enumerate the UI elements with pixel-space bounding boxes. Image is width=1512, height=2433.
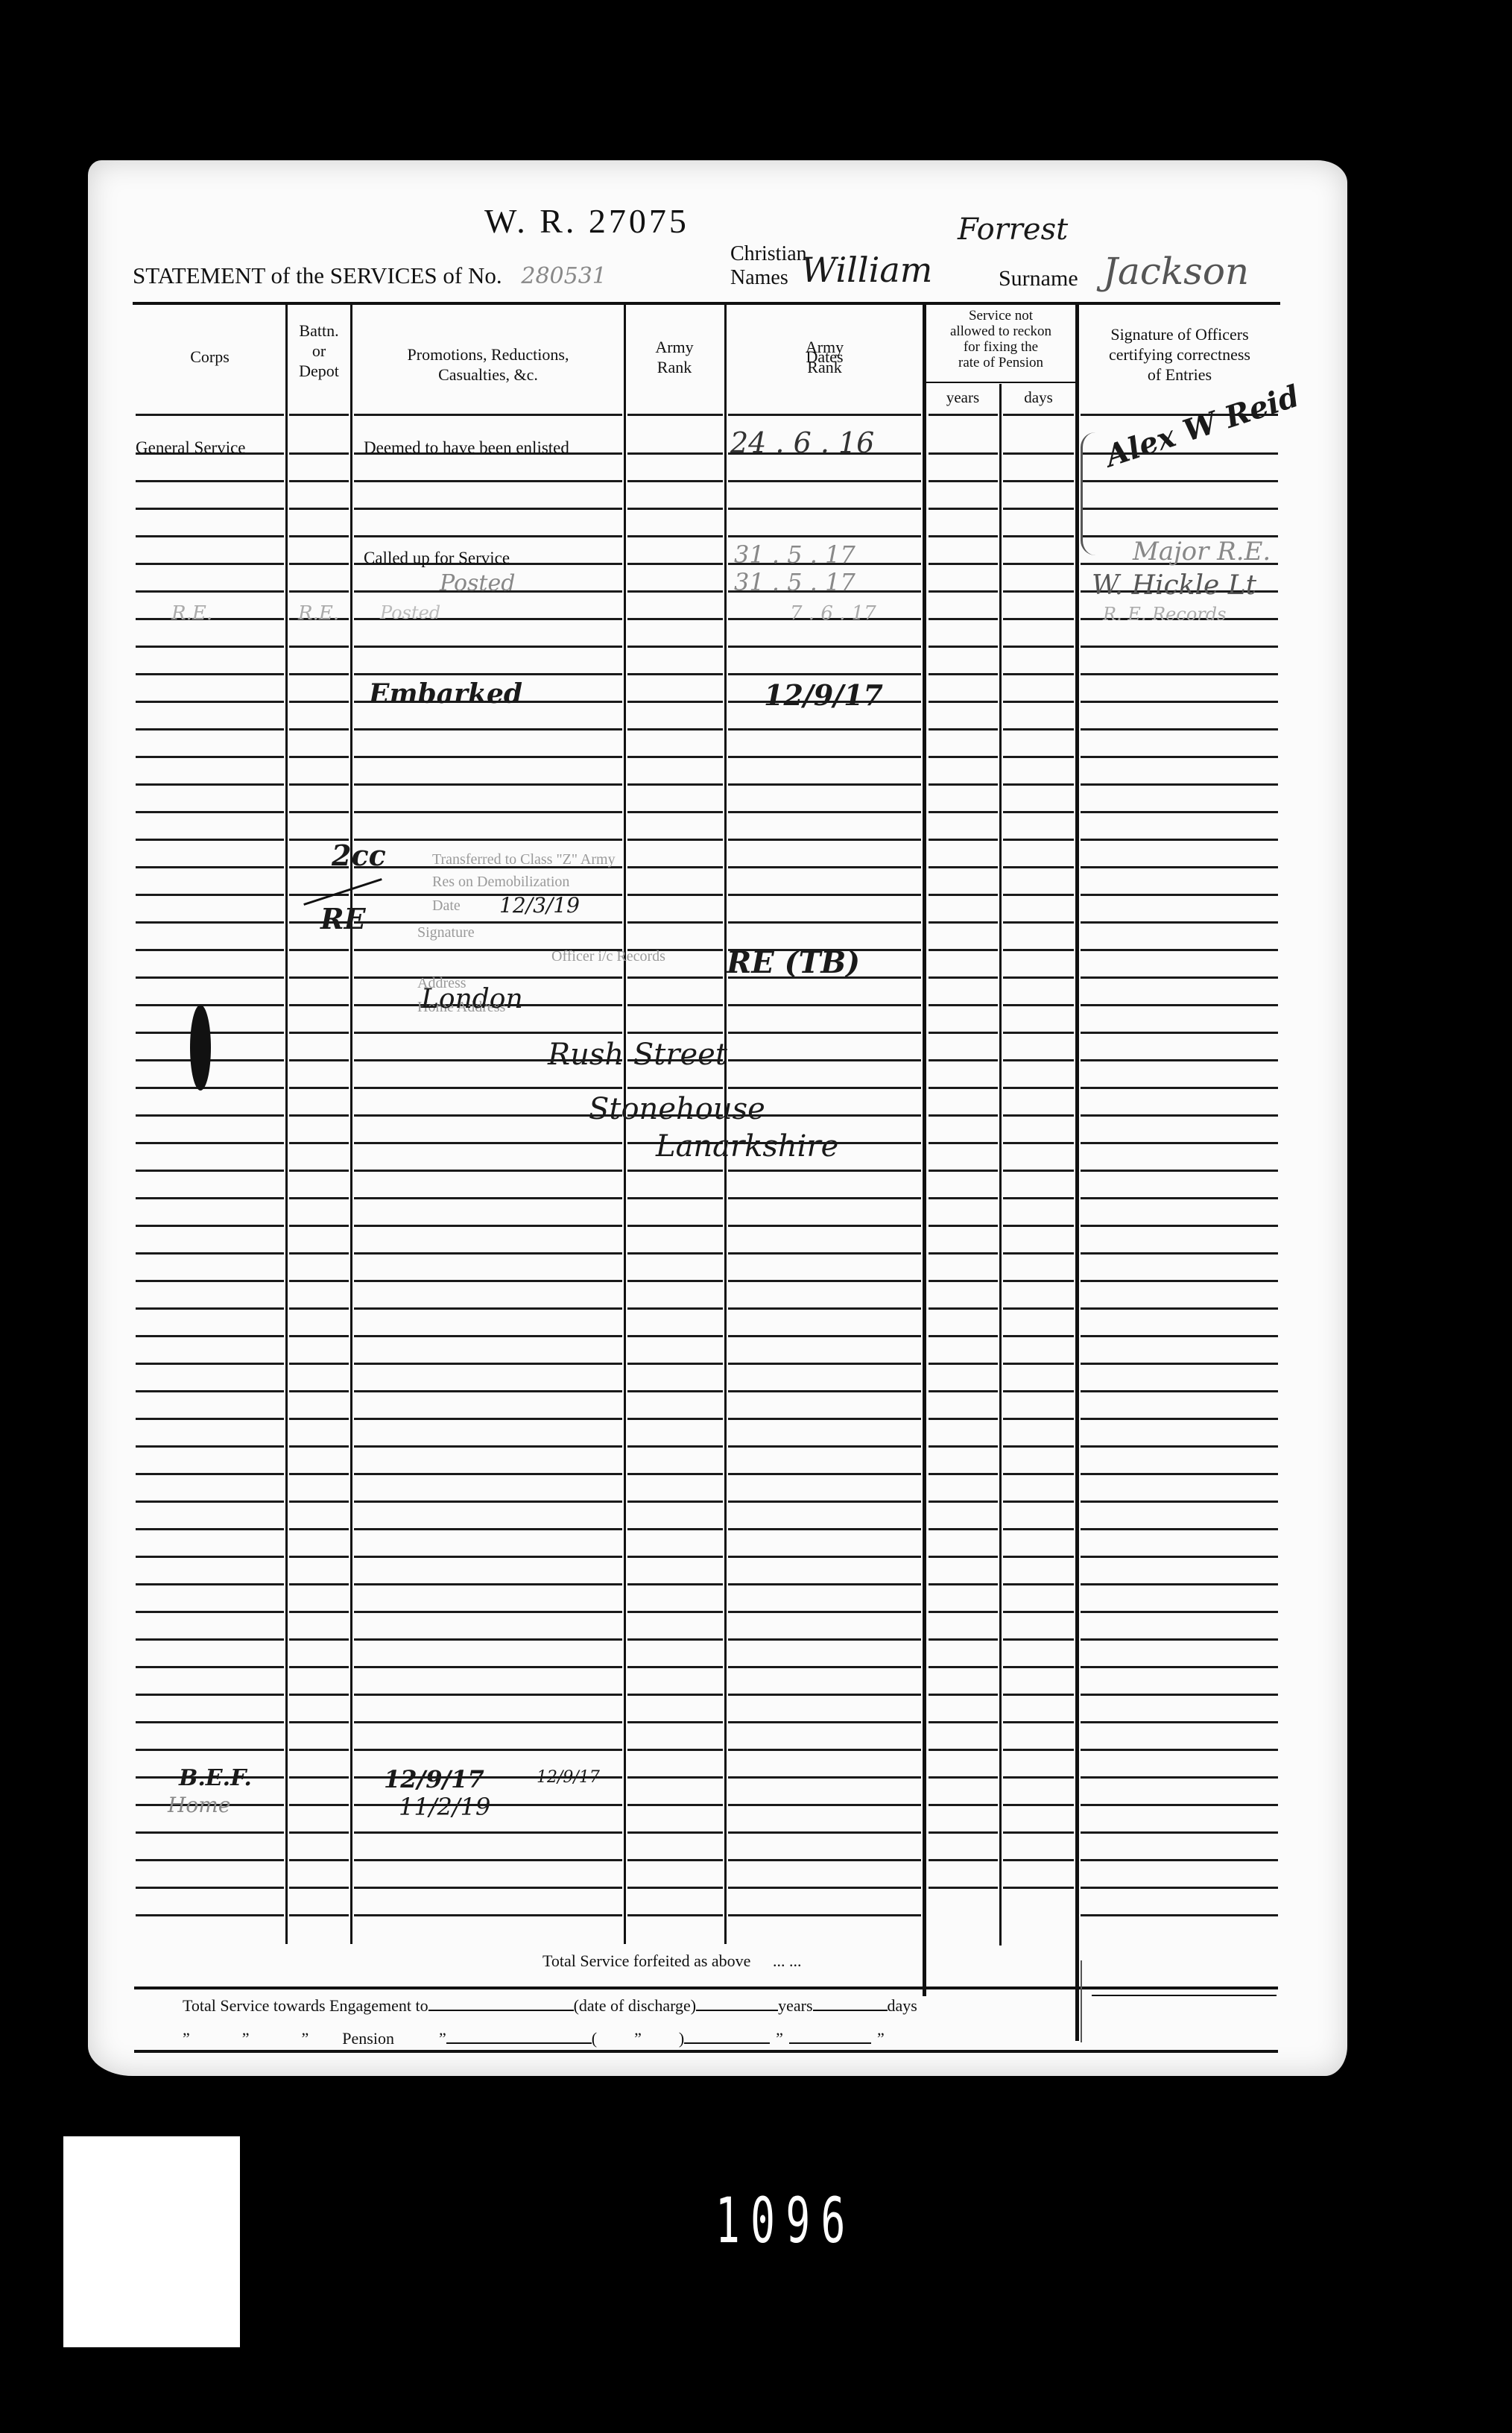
ruled-line bbox=[1081, 1694, 1278, 1696]
ruled-line bbox=[354, 1335, 622, 1337]
surname-label: Surname bbox=[999, 266, 1078, 291]
ruled-line bbox=[136, 673, 284, 675]
entry-enlisted-date: 24 . 6 . 16 bbox=[730, 426, 874, 459]
ruled-line bbox=[1081, 646, 1278, 648]
ruled-line bbox=[1003, 949, 1074, 951]
total-forfeited-label: Total Service forfeited as above ... ... bbox=[543, 1951, 801, 1971]
ruled-line bbox=[929, 1225, 998, 1227]
ruled-line bbox=[289, 563, 349, 565]
ruled-line bbox=[728, 921, 921, 924]
ruled-line bbox=[1003, 1528, 1074, 1530]
header-service-not-allowed: Service not allowed to reckon for fixing… bbox=[926, 308, 1075, 370]
ruled-line bbox=[136, 1363, 284, 1365]
ruled-line bbox=[728, 1721, 921, 1723]
ruled-line bbox=[1003, 1142, 1074, 1144]
ruled-line bbox=[728, 508, 921, 510]
header-days: days bbox=[1002, 388, 1075, 408]
pension-years-blank bbox=[684, 2032, 770, 2044]
bottom-corps-bef: B.E.F. bbox=[179, 1765, 252, 1791]
bottom-struck-date: 12/9/17 bbox=[537, 1768, 600, 1787]
ruled-line bbox=[627, 1335, 723, 1337]
ruled-line bbox=[354, 1363, 622, 1365]
ruled-line bbox=[1003, 1776, 1074, 1779]
footer-bottom-rule bbox=[134, 2050, 1278, 2053]
ruled-line bbox=[289, 1776, 349, 1779]
christian-name-first: William bbox=[801, 250, 932, 290]
ruled-line bbox=[136, 1225, 284, 1227]
wr-reference-stamp: W. R. 27075 bbox=[484, 201, 689, 241]
ruled-line bbox=[354, 1500, 622, 1503]
ruled-line bbox=[728, 756, 921, 758]
ditto-2: ” bbox=[242, 2029, 250, 2048]
ruled-line bbox=[136, 1583, 284, 1585]
ruled-line bbox=[1003, 1390, 1074, 1392]
ruled-line bbox=[627, 563, 723, 565]
ruled-line bbox=[289, 1280, 349, 1282]
ruled-line bbox=[289, 1059, 349, 1061]
header-signature: Signature of Officers certifying correct… bbox=[1079, 324, 1280, 385]
ruled-line bbox=[289, 701, 349, 703]
bottom-date-1: 12/9/17 bbox=[384, 1765, 484, 1793]
ruled-line bbox=[354, 1831, 622, 1834]
ruled-line bbox=[136, 1170, 284, 1172]
ruled-line bbox=[728, 839, 921, 841]
ruled-line bbox=[1003, 480, 1074, 482]
ditto-1: ” bbox=[183, 2029, 190, 2048]
ruled-line bbox=[289, 1142, 349, 1144]
ruled-line bbox=[136, 1445, 284, 1448]
ruled-line bbox=[728, 535, 921, 537]
ruled-line bbox=[354, 1528, 622, 1530]
ruled-line bbox=[1003, 1831, 1074, 1834]
col-divider-dates bbox=[923, 304, 926, 1996]
address-line-1: London bbox=[421, 984, 523, 1014]
col-divider-corps bbox=[285, 304, 288, 1944]
ruled-line bbox=[289, 1087, 349, 1089]
col-divider-pension bbox=[1075, 304, 1079, 2041]
ruled-line bbox=[929, 1418, 998, 1420]
ruled-line bbox=[354, 811, 622, 813]
ruled-line bbox=[1003, 1473, 1074, 1475]
ruled-line bbox=[354, 1473, 622, 1475]
ruled-line bbox=[627, 1307, 723, 1310]
entry-posted: Posted bbox=[440, 570, 515, 596]
ruled-line bbox=[728, 1170, 921, 1172]
ruled-line bbox=[1003, 728, 1074, 730]
ruled-line bbox=[1003, 1638, 1074, 1641]
ruled-line bbox=[354, 535, 622, 537]
ruled-line bbox=[1003, 1721, 1074, 1723]
ruled-line bbox=[136, 563, 284, 565]
ruled-line bbox=[627, 894, 723, 896]
header-bottom-rule bbox=[289, 414, 349, 416]
ruled-line bbox=[1003, 1749, 1074, 1751]
entry-deemed-enlisted: Deemed to have been enlisted bbox=[364, 438, 569, 458]
ruled-line bbox=[929, 1445, 998, 1448]
ruled-line bbox=[1081, 783, 1278, 786]
ink-blot bbox=[190, 1005, 211, 1091]
ruled-line bbox=[728, 728, 921, 730]
ruled-line bbox=[1081, 728, 1278, 730]
ruled-line bbox=[1003, 508, 1074, 510]
ruled-line bbox=[1081, 1004, 1278, 1006]
header-army-rank: Army Rank bbox=[626, 337, 723, 377]
ruled-line bbox=[929, 728, 998, 730]
ruled-line bbox=[929, 1804, 998, 1806]
ruled-line bbox=[354, 839, 622, 841]
ruled-line bbox=[929, 480, 998, 482]
ruled-line bbox=[289, 1252, 349, 1255]
ruled-line bbox=[929, 1528, 998, 1530]
ruled-line bbox=[1081, 894, 1278, 896]
demob-stamp-line4: Signature bbox=[417, 924, 475, 941]
footer-brace bbox=[1081, 1960, 1088, 2042]
ruled-line bbox=[1003, 1859, 1074, 1861]
paren-close: ) bbox=[679, 2029, 684, 2048]
ruled-line bbox=[1081, 1721, 1278, 1723]
ruled-line bbox=[929, 1059, 998, 1061]
statement-title-text: STATEMENT of the SERVICES of No. bbox=[133, 262, 502, 288]
forfeited-text: Total Service forfeited as above bbox=[543, 1951, 750, 1970]
ruled-line bbox=[728, 1390, 921, 1392]
ruled-line bbox=[627, 535, 723, 537]
ruled-line bbox=[354, 646, 622, 648]
ruled-line bbox=[929, 783, 998, 786]
ruled-line bbox=[1081, 1225, 1278, 1227]
ruled-line bbox=[136, 535, 284, 537]
ruled-line bbox=[728, 1252, 921, 1255]
ruled-line bbox=[136, 1335, 284, 1337]
ruled-line bbox=[1003, 673, 1074, 675]
frame-counter: 1096 bbox=[715, 2184, 856, 2257]
ruled-line bbox=[1081, 1142, 1278, 1144]
header-sna-line1: Service not bbox=[926, 308, 1075, 324]
signature-records: R. E. Records bbox=[1103, 604, 1226, 625]
ruled-line bbox=[354, 728, 622, 730]
ruled-line bbox=[1081, 976, 1278, 979]
header-bottom-rule bbox=[354, 414, 622, 416]
ruled-line bbox=[354, 1887, 622, 1889]
ruled-line bbox=[627, 1583, 723, 1585]
ruled-line bbox=[354, 1859, 622, 1861]
signature-officer-rank: Major R.E. bbox=[1133, 537, 1271, 567]
ruled-line bbox=[1081, 1087, 1278, 1089]
ruled-line bbox=[929, 1666, 998, 1668]
ruled-line bbox=[136, 1473, 284, 1475]
ruled-line bbox=[136, 1142, 284, 1144]
ditto-5: ” bbox=[634, 2029, 642, 2048]
ruled-line bbox=[1003, 783, 1074, 786]
ruled-line bbox=[627, 1280, 723, 1282]
ruled-line bbox=[1081, 1776, 1278, 1779]
header-dates: Dates bbox=[727, 347, 923, 367]
calibration-white-box bbox=[63, 2136, 240, 2347]
header-bottom-rule bbox=[136, 414, 284, 416]
header-army-rank-line2: Rank bbox=[626, 357, 723, 377]
ruled-line bbox=[136, 1197, 284, 1199]
ruled-line bbox=[728, 894, 921, 896]
ruled-line bbox=[289, 728, 349, 730]
ruled-line bbox=[728, 1666, 921, 1668]
ruled-line bbox=[289, 1363, 349, 1365]
ruled-line bbox=[627, 783, 723, 786]
ruled-line bbox=[929, 1831, 998, 1834]
ruled-line bbox=[728, 1418, 921, 1420]
ruled-line bbox=[1003, 535, 1074, 537]
ruled-line bbox=[1081, 1666, 1278, 1668]
ruled-line bbox=[289, 1583, 349, 1585]
ruled-line bbox=[289, 1225, 349, 1227]
ruled-line bbox=[136, 1859, 284, 1861]
ruled-line bbox=[728, 1473, 921, 1475]
ruled-line bbox=[1081, 811, 1278, 813]
ruled-line bbox=[354, 673, 622, 675]
ruled-line bbox=[289, 811, 349, 813]
header-promotions-line2: Casualties, &c. bbox=[352, 365, 624, 385]
ruled-line bbox=[1003, 756, 1074, 758]
ruled-line bbox=[1003, 921, 1074, 924]
header-battn-line3: Depot bbox=[288, 361, 350, 381]
ruled-line bbox=[1003, 563, 1074, 565]
pension-label: Pension bbox=[342, 2029, 394, 2048]
ruled-line bbox=[136, 590, 284, 593]
ruled-line bbox=[1081, 1638, 1278, 1641]
ruled-line bbox=[354, 1087, 622, 1089]
signature-officer-2: W. Hickle Lt bbox=[1092, 570, 1256, 601]
entry-corps-general-service: General Service bbox=[136, 438, 246, 458]
ruled-line bbox=[929, 590, 998, 593]
ruled-line bbox=[929, 673, 998, 675]
ruled-line bbox=[354, 976, 622, 979]
ruled-line bbox=[354, 480, 622, 482]
ruled-line bbox=[289, 1721, 349, 1723]
ruled-line bbox=[728, 1004, 921, 1006]
ruled-line bbox=[627, 1363, 723, 1365]
ruled-line bbox=[627, 811, 723, 813]
ruled-line bbox=[1003, 646, 1074, 648]
ruled-line bbox=[1003, 1363, 1074, 1365]
ruled-line bbox=[1003, 811, 1074, 813]
ruled-line bbox=[929, 1583, 998, 1585]
ruled-line bbox=[1081, 1418, 1278, 1420]
ruled-line bbox=[929, 1197, 998, 1199]
ruled-line bbox=[136, 1721, 284, 1723]
ruled-line bbox=[627, 1170, 723, 1172]
ruled-line bbox=[929, 1473, 998, 1475]
ruled-line bbox=[728, 1197, 921, 1199]
ruled-line bbox=[1081, 866, 1278, 868]
header-battn-line2: or bbox=[288, 341, 350, 361]
ruled-line bbox=[1081, 1583, 1278, 1585]
ruled-line bbox=[289, 1500, 349, 1503]
entry-called-up: Called up for Service bbox=[364, 549, 510, 568]
ruled-line bbox=[728, 1059, 921, 1061]
ruled-line bbox=[728, 1831, 921, 1834]
ruled-line bbox=[136, 1528, 284, 1530]
ruled-line bbox=[1081, 480, 1278, 482]
ruled-line bbox=[1081, 1197, 1278, 1199]
ruled-line bbox=[627, 1611, 723, 1613]
ruled-line bbox=[728, 1694, 921, 1696]
ruled-line bbox=[929, 976, 998, 979]
ditto-6: ” bbox=[776, 2029, 783, 2048]
ruled-line bbox=[1081, 1114, 1278, 1117]
ruled-line bbox=[289, 1804, 349, 1806]
ruled-line bbox=[1081, 949, 1278, 951]
ruled-line bbox=[728, 1611, 921, 1613]
ruled-line bbox=[929, 508, 998, 510]
ruled-line bbox=[728, 1859, 921, 1861]
ruled-line bbox=[627, 1556, 723, 1558]
entry-called-up-date: 31 . 5 . 17 bbox=[734, 540, 855, 569]
ruled-line bbox=[1003, 1280, 1074, 1282]
ruled-line bbox=[627, 701, 723, 703]
ruled-line bbox=[289, 452, 349, 455]
days-label: days bbox=[888, 1996, 917, 2015]
ruled-line bbox=[929, 618, 998, 620]
ruled-line bbox=[354, 894, 622, 896]
ruled-line bbox=[354, 1749, 622, 1751]
footer-sig-rule bbox=[1092, 1995, 1277, 1996]
header-sna-line4: rate of Pension bbox=[926, 355, 1075, 370]
ruled-line bbox=[354, 1694, 622, 1696]
ruled-line bbox=[627, 1859, 723, 1861]
christian-label-line2: Names bbox=[730, 266, 807, 290]
ruled-line bbox=[136, 1307, 284, 1310]
ditto-4: ” bbox=[439, 2029, 446, 2048]
engagement-row: Total Service towards Engagement to(date… bbox=[183, 1996, 917, 2016]
entry-posted-re: Posted bbox=[380, 602, 440, 623]
ruled-line bbox=[289, 1914, 349, 1916]
ruled-line bbox=[627, 1804, 723, 1806]
ruled-line bbox=[627, 1225, 723, 1227]
ruled-line bbox=[1003, 1004, 1074, 1006]
ruled-line bbox=[354, 1032, 622, 1034]
ruled-line bbox=[728, 1556, 921, 1558]
ruled-line bbox=[1081, 1914, 1278, 1916]
ruled-line bbox=[289, 1032, 349, 1034]
ruled-line bbox=[289, 1556, 349, 1558]
forfeited-dots: ... ... bbox=[773, 1951, 802, 1970]
ruled-line bbox=[1003, 894, 1074, 896]
ruled-line bbox=[289, 480, 349, 482]
ruled-line bbox=[929, 1170, 998, 1172]
ruled-line bbox=[929, 1611, 998, 1613]
ruled-line bbox=[354, 1721, 622, 1723]
ruled-line bbox=[929, 452, 998, 455]
ruled-line bbox=[1081, 508, 1278, 510]
ruled-line bbox=[1003, 1666, 1074, 1668]
ruled-line bbox=[1003, 1225, 1074, 1227]
table-top-rule bbox=[133, 302, 1280, 305]
ruled-line bbox=[136, 1556, 284, 1558]
ruled-line bbox=[627, 866, 723, 868]
christian-name-second: Forrest bbox=[958, 212, 1068, 247]
demob-stamp-line1: Transferred to Class "Z" Army bbox=[432, 851, 616, 868]
ruled-line bbox=[627, 1473, 723, 1475]
ruled-line bbox=[354, 1445, 622, 1448]
ruled-line bbox=[136, 1500, 284, 1503]
ruled-line bbox=[1003, 701, 1074, 703]
ruled-line bbox=[1081, 1749, 1278, 1751]
ruled-line bbox=[627, 1638, 723, 1641]
ruled-line bbox=[136, 866, 284, 868]
pension-row: ”””Pension”(”)”” bbox=[183, 2029, 885, 2048]
ruled-line bbox=[929, 1556, 998, 1558]
ruled-line bbox=[1003, 1556, 1074, 1558]
ruled-line bbox=[289, 1114, 349, 1117]
ruled-line bbox=[627, 1776, 723, 1779]
ruled-line bbox=[627, 976, 723, 979]
ruled-line bbox=[289, 756, 349, 758]
bottom-corps-home: Home bbox=[168, 1793, 230, 1817]
ruled-line bbox=[354, 1556, 622, 1558]
ruled-line bbox=[1003, 618, 1074, 620]
col-divider-years bbox=[999, 384, 1002, 1946]
ruled-line bbox=[728, 1363, 921, 1365]
ruled-line bbox=[627, 756, 723, 758]
ruled-line bbox=[1003, 1307, 1074, 1310]
ruled-line bbox=[929, 1776, 998, 1779]
ditto-3: ” bbox=[302, 2029, 309, 2048]
ruled-line bbox=[728, 811, 921, 813]
ruled-line bbox=[354, 1197, 622, 1199]
ruled-line bbox=[1003, 452, 1074, 455]
ruled-line bbox=[289, 1831, 349, 1834]
header-promotions: Promotions, Reductions, Casualties, &c. bbox=[352, 344, 624, 385]
ruled-line bbox=[728, 1804, 921, 1806]
ruled-line bbox=[289, 1611, 349, 1613]
ruled-line bbox=[627, 590, 723, 593]
ruled-line bbox=[929, 1363, 998, 1365]
ruled-line bbox=[136, 1638, 284, 1641]
ruled-line bbox=[354, 783, 622, 786]
ruled-line bbox=[929, 1859, 998, 1861]
ruled-line bbox=[289, 1887, 349, 1889]
entry-battn-re: R.E. bbox=[298, 602, 339, 625]
ruled-line bbox=[929, 1390, 998, 1392]
ruled-line bbox=[929, 563, 998, 565]
ruled-line bbox=[136, 811, 284, 813]
ruled-line bbox=[136, 1390, 284, 1392]
pension-blank bbox=[446, 2032, 592, 2044]
ruled-line bbox=[929, 1694, 998, 1696]
ruled-line bbox=[627, 1914, 723, 1916]
ruled-line bbox=[1081, 1831, 1278, 1834]
days-blank bbox=[813, 1999, 888, 2011]
ruled-line bbox=[136, 921, 284, 924]
ruled-line bbox=[354, 1142, 622, 1144]
ruled-line bbox=[136, 1749, 284, 1751]
ruled-line bbox=[1003, 1583, 1074, 1585]
ruled-line bbox=[1003, 1335, 1074, 1337]
ruled-line bbox=[289, 1445, 349, 1448]
ruled-line bbox=[289, 1638, 349, 1641]
ruled-line bbox=[136, 783, 284, 786]
ruled-line bbox=[728, 1583, 921, 1585]
ruled-line bbox=[929, 1114, 998, 1117]
ruled-line bbox=[1003, 1114, 1074, 1117]
ruled-line bbox=[929, 1638, 998, 1641]
ruled-line bbox=[354, 1307, 622, 1310]
surname-value: Jackson bbox=[1103, 250, 1249, 293]
ruled-line bbox=[136, 1611, 284, 1613]
ruled-line bbox=[289, 1335, 349, 1337]
ruled-line bbox=[929, 1887, 998, 1889]
ruled-line bbox=[728, 1307, 921, 1310]
demob-stamp-line3: Date bbox=[432, 897, 461, 915]
ruled-line bbox=[1081, 1032, 1278, 1034]
